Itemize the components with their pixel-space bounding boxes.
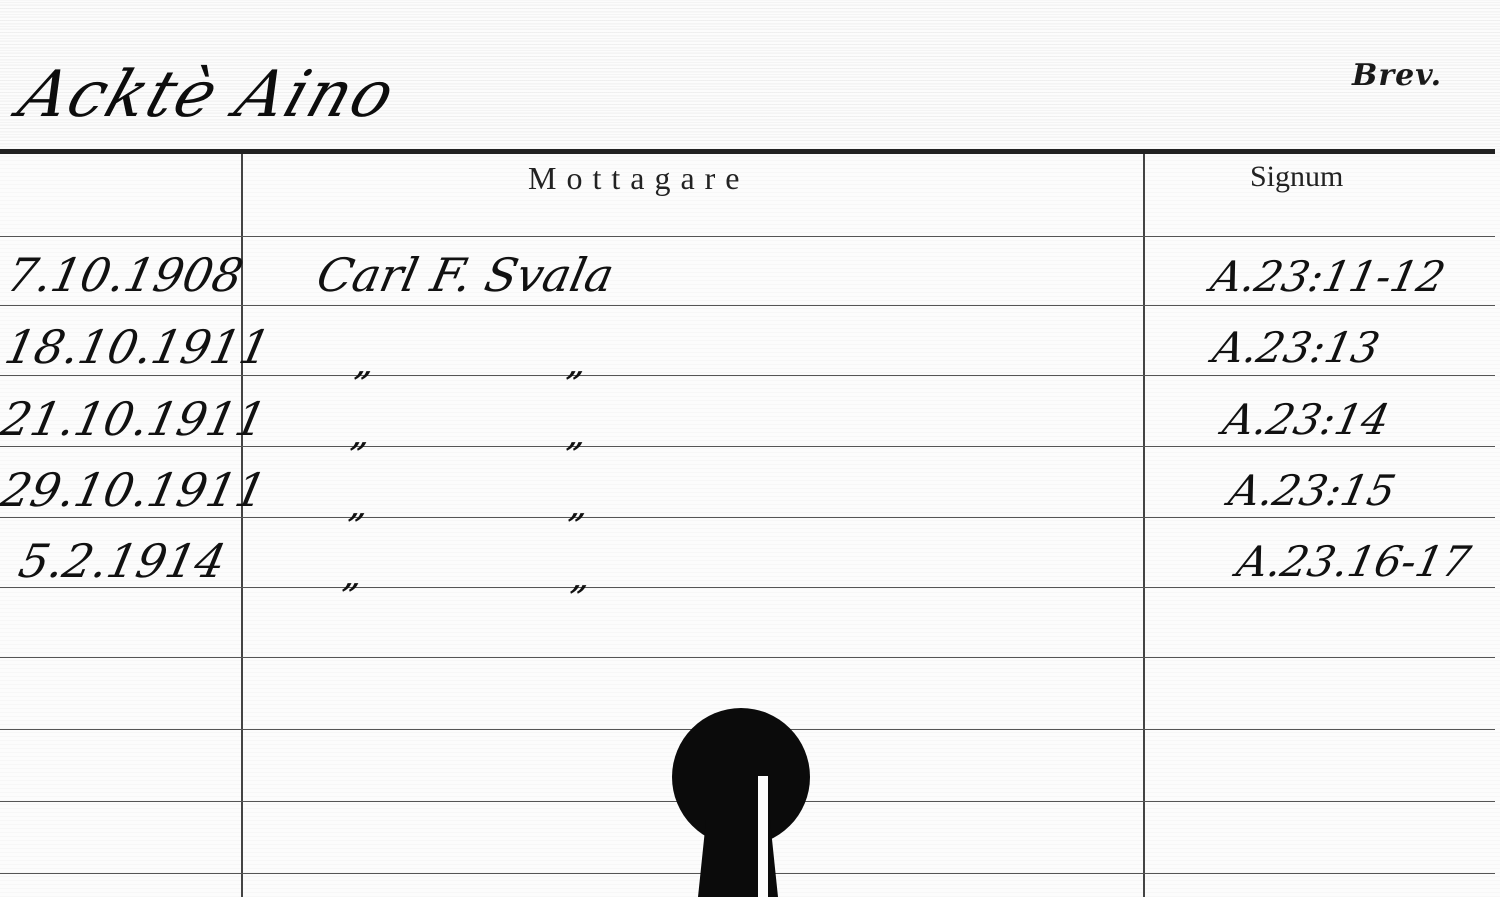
category-label: Brev. [1352, 58, 1442, 93]
ditto-mark: ” [560, 366, 585, 401]
ditto-mark: ” [562, 508, 587, 543]
entry-signum: A.23:13 [1209, 323, 1384, 372]
entry-signum: A.23:14 [1219, 395, 1394, 444]
index-card: Acktè Aino Brev. Mottagare Signum 7.10.1… [0, 0, 1500, 897]
entry-signum: A.23:11-12 [1207, 252, 1450, 301]
ditto-mark: ” [348, 366, 373, 401]
ruled-line [0, 517, 1495, 518]
ditto-mark: ” [564, 580, 589, 615]
entry-date: 29.10.1911 [0, 463, 271, 517]
entry-recipient: Carl F. Svala [312, 248, 618, 302]
ditto-mark: ” [336, 578, 361, 613]
entry-date: 18.10.1911 [0, 320, 275, 374]
column-header-recipient: Mottagare [528, 160, 750, 197]
column-divider-signum [1143, 154, 1145, 897]
ditto-mark: ” [344, 437, 369, 472]
header-rule [0, 149, 1495, 154]
column-header-signum: Signum [1250, 160, 1343, 194]
entry-signum: A.23.16-17 [1233, 537, 1475, 586]
entry-date: 7.10.1908 [2, 248, 248, 302]
card-title-name: Acktè Aino [10, 58, 405, 132]
entry-date: 5.2.1914 [14, 534, 230, 588]
ruled-line [0, 305, 1495, 306]
ruled-line [0, 446, 1495, 447]
ruled-line [0, 236, 1495, 237]
ditto-mark: ” [342, 508, 367, 543]
entry-signum: A.23:15 [1225, 466, 1400, 515]
ruled-line [0, 375, 1495, 376]
punch-hole-rod [758, 776, 768, 897]
ruled-line [0, 657, 1495, 658]
entry-date: 21.10.1911 [0, 392, 271, 446]
ditto-mark: ” [560, 437, 585, 472]
ruled-line [0, 587, 1495, 588]
